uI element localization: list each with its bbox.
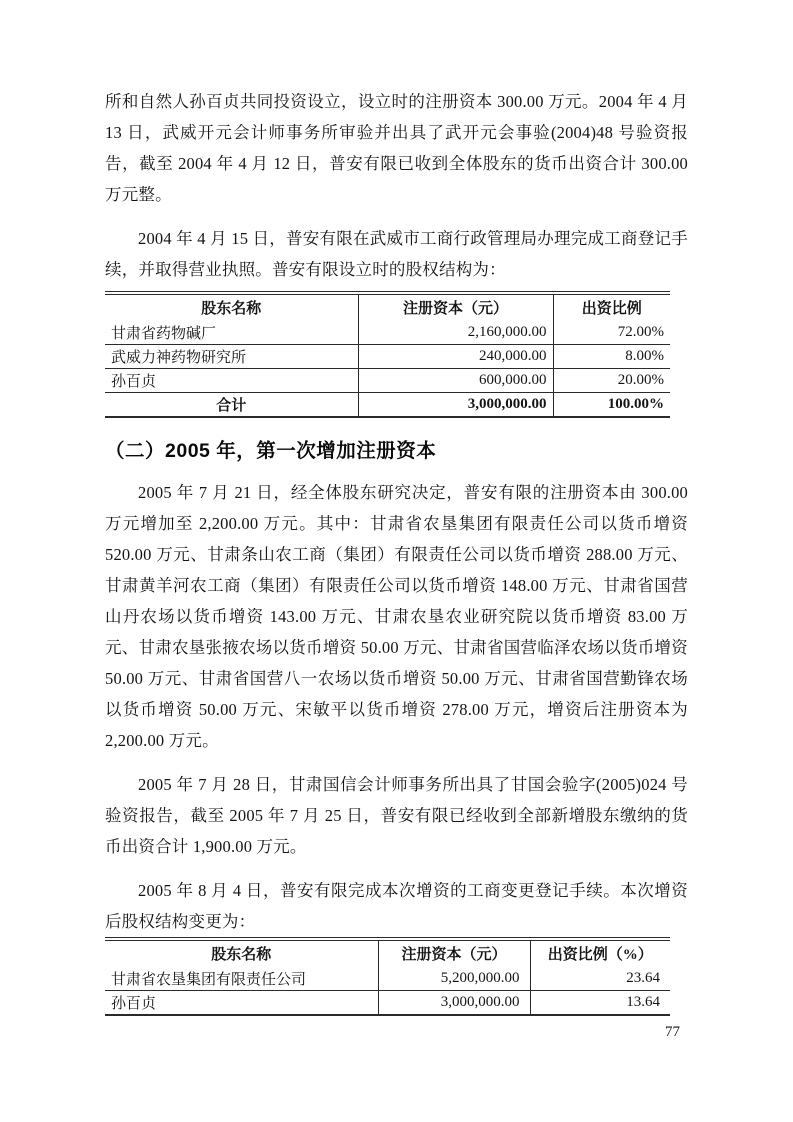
header-contribution-ratio: 出资比例（%） xyxy=(530,941,670,967)
ratio-value: 72.00% xyxy=(553,321,670,345)
capital-value: 600,000.00 xyxy=(358,369,553,393)
paragraph-setup-capital: 所和自然人孙百贞共同投资设立，设立时的注册资本 300.00 万元。2004 年… xyxy=(105,86,688,210)
shareholding-table-2005-wrapper: 股东名称 注册资本（元） 出资比例（%） 甘肃省农垦集团有限责任公司 5,200… xyxy=(105,937,670,1016)
shareholder-name: 孙百贞 xyxy=(105,369,358,393)
table-row: 孙百贞 3,000,000.00 13.64 xyxy=(105,991,670,1016)
shareholder-name: 甘肃省农垦集团有限责任公司 xyxy=(105,967,378,991)
shareholder-name: 孙百贞 xyxy=(105,991,378,1016)
shareholder-name: 武威力神药物研究所 xyxy=(105,345,358,369)
table-row: 孙百贞 600,000.00 20.00% xyxy=(105,369,670,393)
capital-value: 2,160,000.00 xyxy=(358,321,553,345)
capital-value: 5,200,000.00 xyxy=(378,967,530,991)
header-shareholder-name: 股东名称 xyxy=(105,295,358,321)
table-header-row: 股东名称 注册资本（元） 出资比例 xyxy=(105,295,670,321)
ratio-value: 23.64 xyxy=(530,967,670,991)
page-content: 所和自然人孙百贞共同投资设立，设立时的注册资本 300.00 万元。2004 年… xyxy=(105,86,688,1016)
header-contribution-ratio: 出资比例 xyxy=(553,295,670,321)
document-page: 所和自然人孙百贞共同投资设立，设立时的注册资本 300.00 万元。2004 年… xyxy=(0,0,793,1122)
table-row: 武威力神药物研究所 240,000.00 8.00% xyxy=(105,345,670,369)
table-total-row: 合计 3,000,000.00 100.00% xyxy=(105,393,670,418)
paragraph-registration-2004: 2004 年 4 月 15 日，普安有限在武威市工商行政管理局办理完成工商登记手… xyxy=(105,223,688,285)
header-registered-capital: 注册资本（元） xyxy=(358,295,553,321)
total-capital: 3,000,000.00 xyxy=(358,393,553,418)
ratio-value: 13.64 xyxy=(530,991,670,1016)
page-number: 77 xyxy=(665,1024,680,1041)
paragraph-verification-report-2005: 2005 年 7 月 28 日，甘肃国信会计师事务所出具了甘国会验字(2005)… xyxy=(105,769,688,862)
paragraph-change-registration-2005: 2005 年 8 月 4 日，普安有限完成本次增资的工商变更登记手续。本次增资后… xyxy=(105,875,688,937)
paragraph-capital-increase-detail: 2005 年 7 月 21 日，经全体股东研究决定，普安有限的注册资本由 300… xyxy=(105,477,688,756)
shareholding-table-2005: 股东名称 注册资本（元） 出资比例（%） 甘肃省农垦集团有限责任公司 5,200… xyxy=(105,940,670,1016)
section-heading-2005-first-increase: （二）2005 年，第一次增加注册资本 xyxy=(105,435,688,463)
header-registered-capital: 注册资本（元） xyxy=(378,941,530,967)
table-header-row: 股东名称 注册资本（元） 出资比例（%） xyxy=(105,941,670,967)
table-row: 甘肃省农垦集团有限责任公司 5,200,000.00 23.64 xyxy=(105,967,670,991)
shareholding-table-2004-wrapper: 股东名称 注册资本（元） 出资比例 甘肃省药物碱厂 2,160,000.00 7… xyxy=(105,291,670,418)
ratio-value: 20.00% xyxy=(553,369,670,393)
header-shareholder-name: 股东名称 xyxy=(105,941,378,967)
shareholding-table-2004: 股东名称 注册资本（元） 出资比例 甘肃省药物碱厂 2,160,000.00 7… xyxy=(105,294,670,418)
table-row: 甘肃省药物碱厂 2,160,000.00 72.00% xyxy=(105,321,670,345)
capital-value: 3,000,000.00 xyxy=(378,991,530,1016)
ratio-value: 8.00% xyxy=(553,345,670,369)
total-ratio: 100.00% xyxy=(553,393,670,418)
shareholder-name: 甘肃省药物碱厂 xyxy=(105,321,358,345)
capital-value: 240,000.00 xyxy=(358,345,553,369)
total-label: 合计 xyxy=(105,393,358,418)
